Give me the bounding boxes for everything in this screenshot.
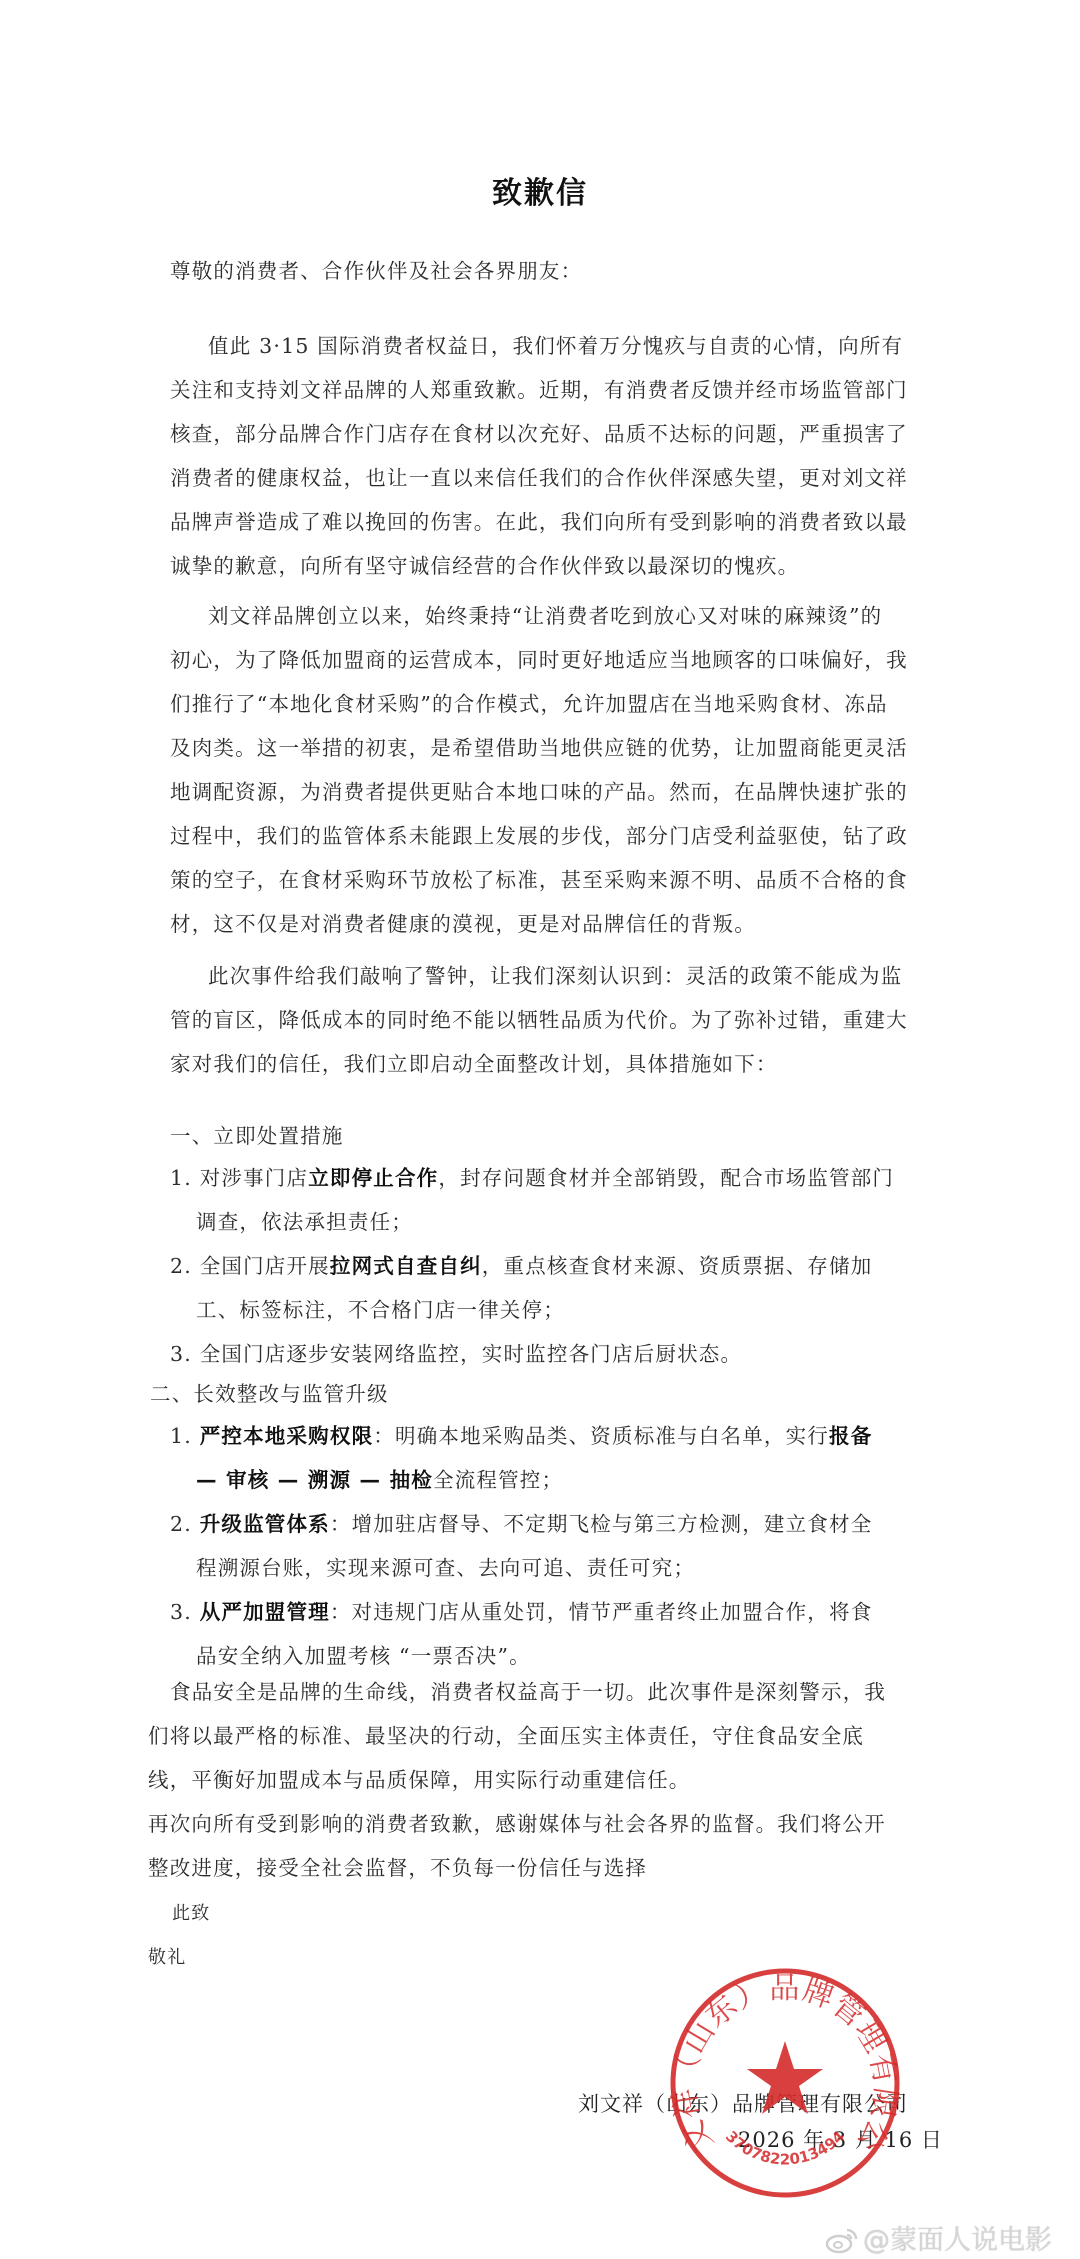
list-item-continuation: 工、标签标注，不合格门店一律关停； [196,1296,565,1324]
list-item-continuation: 调查，依法承担责任； [196,1208,413,1236]
paragraph-line: 整改进度，接受全社会监督，不负每一份信任与选择 [148,1854,647,1882]
item-text: 全国门店逐步安装网络监控，实时监控各门店后厨状态。 [200,1342,743,1366]
item-text: 对涉事门店 [200,1166,309,1190]
item-text: ：对违规门店从重处罚，情节严重者终止加盟合作，将食 [330,1600,873,1624]
item-bold: 立即停止合作 [308,1166,438,1190]
section-heading: 一、立即处置措施 [170,1122,344,1150]
paragraph-line: 们推行了“本地化食材采购”的合作模式，允许加盟店在当地采购食材、冻品 [170,690,888,718]
paragraph-line: 们将以最严格的标准、最坚决的行动，全面压实主体责任，守住食品安全底 [148,1722,864,1750]
item-bold: 从严加盟管理 [200,1600,330,1624]
item-number: 2. [170,1254,192,1278]
paragraph-line: 刘文祥品牌创立以来，始终秉持“让消费者吃到放心又对味的麻辣烫”的 [208,602,882,630]
paragraph-line: 食品安全是品牌的生命线，消费者权益高于一切。此次事件是深刻警示，我 [170,1678,886,1706]
paragraph-line: 初心，为了降低加盟商的运营成本，同时更好地适应当地顾客的口味偏好，我 [170,646,908,674]
item-number: 3. [170,1342,192,1366]
section-heading: 二、长效整改与监管升级 [150,1380,389,1408]
paragraph-line: 过程中，我们的监管体系未能跟上发展的步伐，部分门店受利益驱使，钻了政 [170,822,908,850]
item-bold: — 审核 — 溯源 — 抽检 [196,1468,433,1492]
paragraph-line: 消费者的健康权益，也让一直以来信任我们的合作伙伴深感失望，更对刘文祥 [170,464,908,492]
apology-letter-page: 致歉信 尊敬的消费者、合作伙伴及社会各界朋友： 值此 3·15 国际消费者权益日… [0,0,1080,2259]
item-text: ，封存问题食材并全部销毁，配合市场监管部门 [438,1166,894,1190]
company-seal-stamp: 刘文祥（山东）品牌管理有限公司 3707822013494 [665,1963,905,2203]
list-item-continuation: 程溯源台账，实现来源可查、去向可追、责任可究； [196,1554,695,1582]
item-number: 1. [170,1166,192,1190]
item-text: 全流程管控； [433,1468,563,1492]
closing-jingli: 敬礼 [148,1944,186,1972]
list-item-continuation: 品安全纳入加盟考核 “一票否决”。 [196,1642,531,1670]
watermark-text: @蒙面人说电影 [863,2225,1052,2256]
paragraph-line: 及肉类。这一举措的初衷，是希望借助当地供应链的优势，让加盟商能更灵活 [170,734,908,762]
paragraph-line: 再次向所有受到影响的消费者致歉，感谢媒体与社会各界的监督。我们将公开 [148,1810,886,1838]
list-item: 1. 严控本地采购权限：明确本地采购品类、资质标准与白名单，实行报备 [170,1422,872,1450]
item-text: ：增加驻店督导、不定期飞检与第三方检测，建立食材全 [330,1512,873,1536]
paragraph-line: 此次事件给我们敲响了警钟，让我们深刻认识到：灵活的政策不能成为监 [208,962,902,990]
greeting: 尊敬的消费者、合作伙伴及社会各界朋友： [170,257,582,285]
list-item: 1. 对涉事门店立即停止合作，封存问题食材并全部销毁，配合市场监管部门 [170,1164,894,1192]
paragraph-line: 策的空子，在食材采购环节放松了标准，甚至采购来源不明、品质不合格的食 [170,866,908,894]
item-bold: 升级监管体系 [200,1512,330,1536]
closing-cizhi: 此致 [172,1900,210,1928]
paragraph-line: 核查，部分品牌合作门店存在食材以次充好、品质不达标的问题，严重损害了 [170,420,908,448]
item-bold: 报备 [829,1424,872,1448]
item-text: ，重点核查食材来源、资质票据、存储加 [482,1254,873,1278]
item-bold: 严控本地采购权限 [200,1424,374,1448]
item-number: 1. [170,1424,192,1448]
list-item: 2. 全国门店开展拉网式自查自纠，重点核查食材来源、资质票据、存储加 [170,1252,872,1280]
paragraph-line: 管的盲区，降低成本的同时绝不能以牺牲品质为代价。为了弥补过错，重建大 [170,1006,908,1034]
paragraph-line: 关注和支持刘文祥品牌的人郑重致歉。近期，有消费者反馈并经市场监管部门 [170,376,908,404]
paragraph-line: 诚挚的歉意，向所有坚守诚信经营的合作伙伴致以最深切的愧疚。 [170,552,799,580]
list-item-continuation: — 审核 — 溯源 — 抽检全流程管控； [196,1466,563,1494]
item-text: ：明确本地采购品类、资质标准与白名单，实行 [373,1424,829,1448]
item-text: 全国门店开展 [200,1254,330,1278]
list-item: 3. 从严加盟管理：对违规门店从重处罚，情节严重者终止加盟合作，将食 [170,1598,872,1626]
paragraph-line: 线，平衡好加盟成本与品质保障，用实际行动重建信任。 [148,1766,691,1794]
weibo-icon [825,2226,859,2254]
paragraph-line: 家对我们的信任，我们立即启动全面整改计划，具体措施如下： [170,1050,778,1078]
item-number: 3. [170,1600,192,1624]
item-bold: 拉网式自查自纠 [330,1254,482,1278]
weibo-watermark: @蒙面人说电影 [825,2218,1052,2257]
item-number: 2. [170,1512,192,1536]
list-item: 2. 升级监管体系：增加驻店督导、不定期飞检与第三方检测，建立食材全 [170,1510,872,1538]
list-item: 3. 全国门店逐步安装网络监控，实时监控各门店后厨状态。 [170,1340,742,1368]
letter-title: 致歉信 [0,168,1080,212]
paragraph-line: 品牌声誉造成了难以挽回的伤害。在此，我们向所有受到影响的消费者致以最 [170,508,908,536]
paragraph-line: 地调配资源，为消费者提供更贴合本地口味的产品。然而，在品牌快速扩张的 [170,778,908,806]
paragraph-line: 材，这不仅是对消费者健康的漠视，更是对品牌信任的背叛。 [170,910,756,938]
star-icon [747,2041,823,2114]
paragraph-line: 值此 3·15 国际消费者权益日，我们怀着万分愧疚与自责的心情，向所有 [208,332,903,360]
svg-text:3707822013494: 3707822013494 [722,2127,848,2168]
